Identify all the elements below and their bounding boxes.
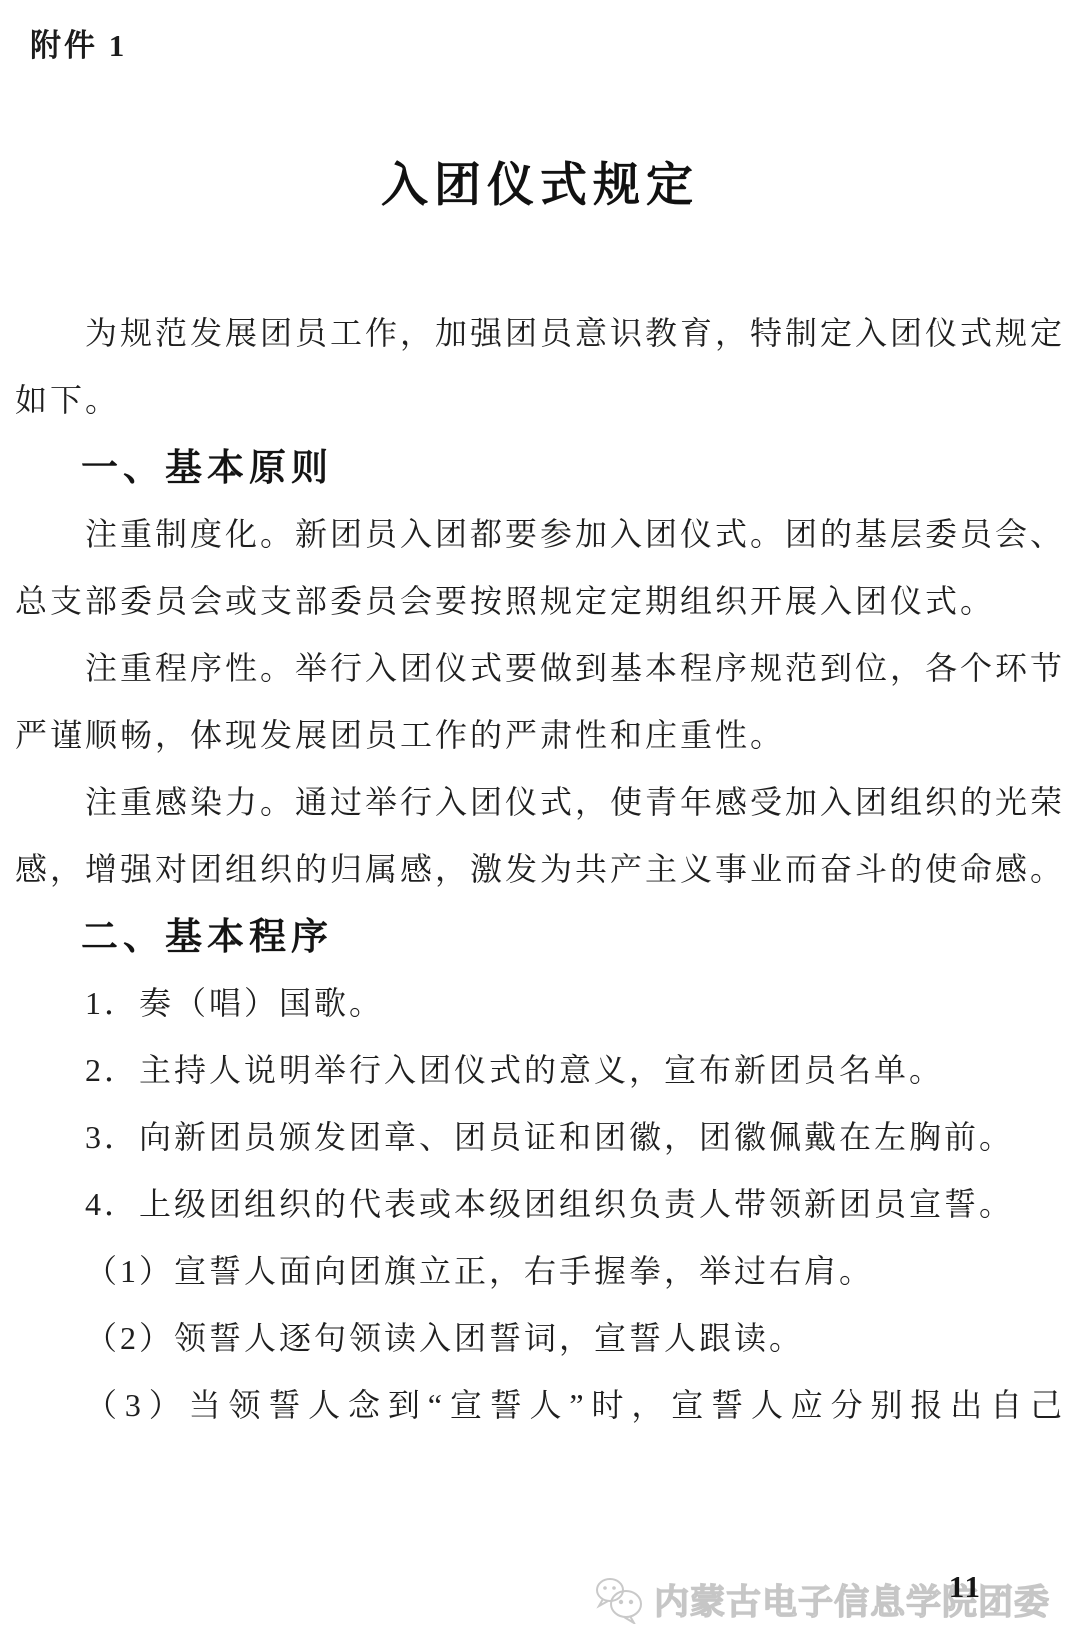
document-title: 入团仪式规定 — [0, 148, 1080, 215]
list-item-3: 3．向新团员颁发团章、团员证和团徽，团徽佩戴在左胸前。 — [15, 1104, 1065, 1171]
list-subitem-3-clipped: （3）当领誓人念到“宣誓人”时，宣誓人应分别报出自己 — [15, 1372, 1065, 1439]
paragraph-appeal: 注重感染力。通过举行入团仪式，使青年感受加入团组织的光荣感，增强对团组织的归属感… — [15, 769, 1065, 903]
wechat-icon — [594, 1576, 646, 1624]
document-body: 为规范发展团员工作，加强团员意识教育，特制定入团仪式规定如下。 一、基本原则 注… — [15, 300, 1065, 1439]
attachment-label: 附件 1 — [30, 20, 127, 65]
list-subitem-1: （1）宣誓人面向团旗立正，右手握拳，举过右肩。 — [15, 1238, 1065, 1305]
paragraph-intro: 为规范发展团员工作，加强团员意识教育，特制定入团仪式规定如下。 — [15, 300, 1065, 434]
list-subitem-2: （2）领誓人逐句领读入团誓词，宣誓人跟读。 — [15, 1305, 1065, 1372]
section-heading-basic-principles: 一、基本原则 — [15, 434, 1065, 501]
section-heading-basic-procedures: 二、基本程序 — [15, 903, 1065, 970]
page-number: 11 — [949, 1569, 982, 1605]
list-item-4: 4．上级团组织的代表或本级团组织负责人带领新团员宣誓。 — [15, 1171, 1065, 1238]
page-footer: 11 内蒙古电子信 — [0, 1547, 1080, 1647]
document-page: 附件 1 入团仪式规定 为规范发展团员工作，加强团员意识教育，特制定入团仪式规定… — [0, 0, 1080, 1647]
list-item-2: 2．主持人说明举行入团仪式的意义，宣布新团员名单。 — [15, 1037, 1065, 1104]
paragraph-procedure: 注重程序性。举行入团仪式要做到基本程序规范到位，各个环节严谨顺畅，体现发展团员工… — [15, 635, 1065, 769]
paragraph-institutionalization: 注重制度化。新团员入团都要参加入团仪式。团的基层委员会、总支部委员会或支部委员会… — [15, 501, 1065, 635]
list-item-1: 1．奏（唱）国歌。 — [15, 970, 1065, 1037]
watermark-text: 内蒙古电子信息学院团委 — [654, 1575, 1050, 1625]
